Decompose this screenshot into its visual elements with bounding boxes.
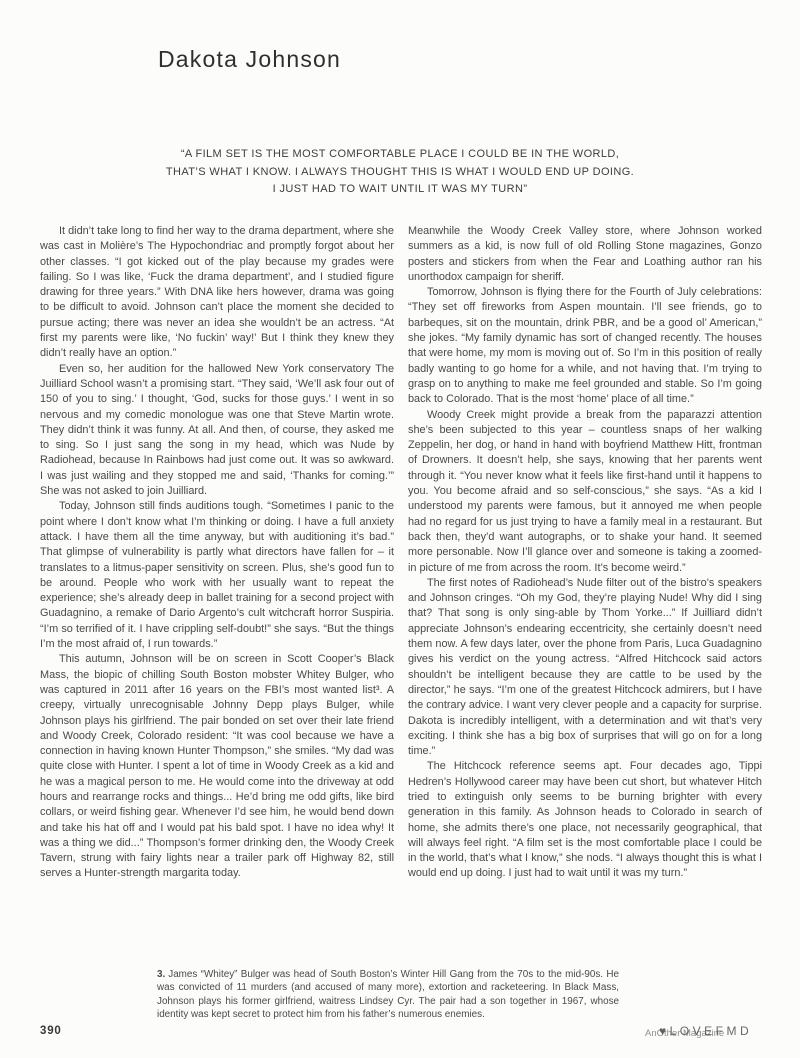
- article-paragraph: Tomorrow, Johnson is flying there for th…: [408, 285, 762, 407]
- magazine-page: Dakota Johnson “A FILM SET IS THE MOST C…: [0, 0, 800, 1058]
- pull-quote-line: THAT’S WHAT I KNOW. I ALWAYS THOUGHT THI…: [70, 164, 730, 182]
- article-paragraph: Even so, her audition for the hallowed N…: [40, 362, 394, 500]
- pull-quote-line: I JUST HAD TO WAIT UNTIL IT WAS MY TURN”: [70, 181, 730, 199]
- footnote: 3.James “Whitey” Bulger was head of Sout…: [157, 968, 619, 1022]
- article-paragraph: The Hitchcock reference seems apt. Four …: [408, 759, 762, 881]
- article-column-left: It didn’t take long to find her way to t…: [40, 224, 394, 882]
- article-paragraph: It didn’t take long to find her way to t…: [40, 224, 394, 362]
- footnote-text: James “Whitey” Bulger was head of South …: [157, 969, 619, 1020]
- article-column-right: Meanwhile the Woody Creek Valley store, …: [408, 224, 762, 882]
- article-body: It didn’t take long to find her way to t…: [40, 224, 762, 882]
- footnote-marker: 3.: [157, 969, 165, 980]
- article-paragraph: The first notes of Radiohead’s Nude filt…: [408, 576, 762, 760]
- article-paragraph: Meanwhile the Woody Creek Valley store, …: [408, 224, 762, 285]
- article-paragraph: Today, Johnson still finds auditions tou…: [40, 499, 394, 652]
- article-paragraph: Woody Creek might provide a break from t…: [408, 408, 762, 576]
- pull-quote-line: “A FILM SET IS THE MOST COMFORTABLE PLAC…: [70, 146, 730, 164]
- page-number: 390: [40, 1025, 62, 1037]
- article-paragraph: This autumn, Johnson will be on screen i…: [40, 652, 394, 881]
- watermark-text: ♥LOVEFMD: [659, 1024, 752, 1038]
- magazine-credit: AnOther Magazine ♥LOVEFMD: [645, 1028, 724, 1039]
- pull-quote: “A FILM SET IS THE MOST COMFORTABLE PLAC…: [70, 146, 730, 199]
- page-title: Dakota Johnson: [158, 46, 341, 73]
